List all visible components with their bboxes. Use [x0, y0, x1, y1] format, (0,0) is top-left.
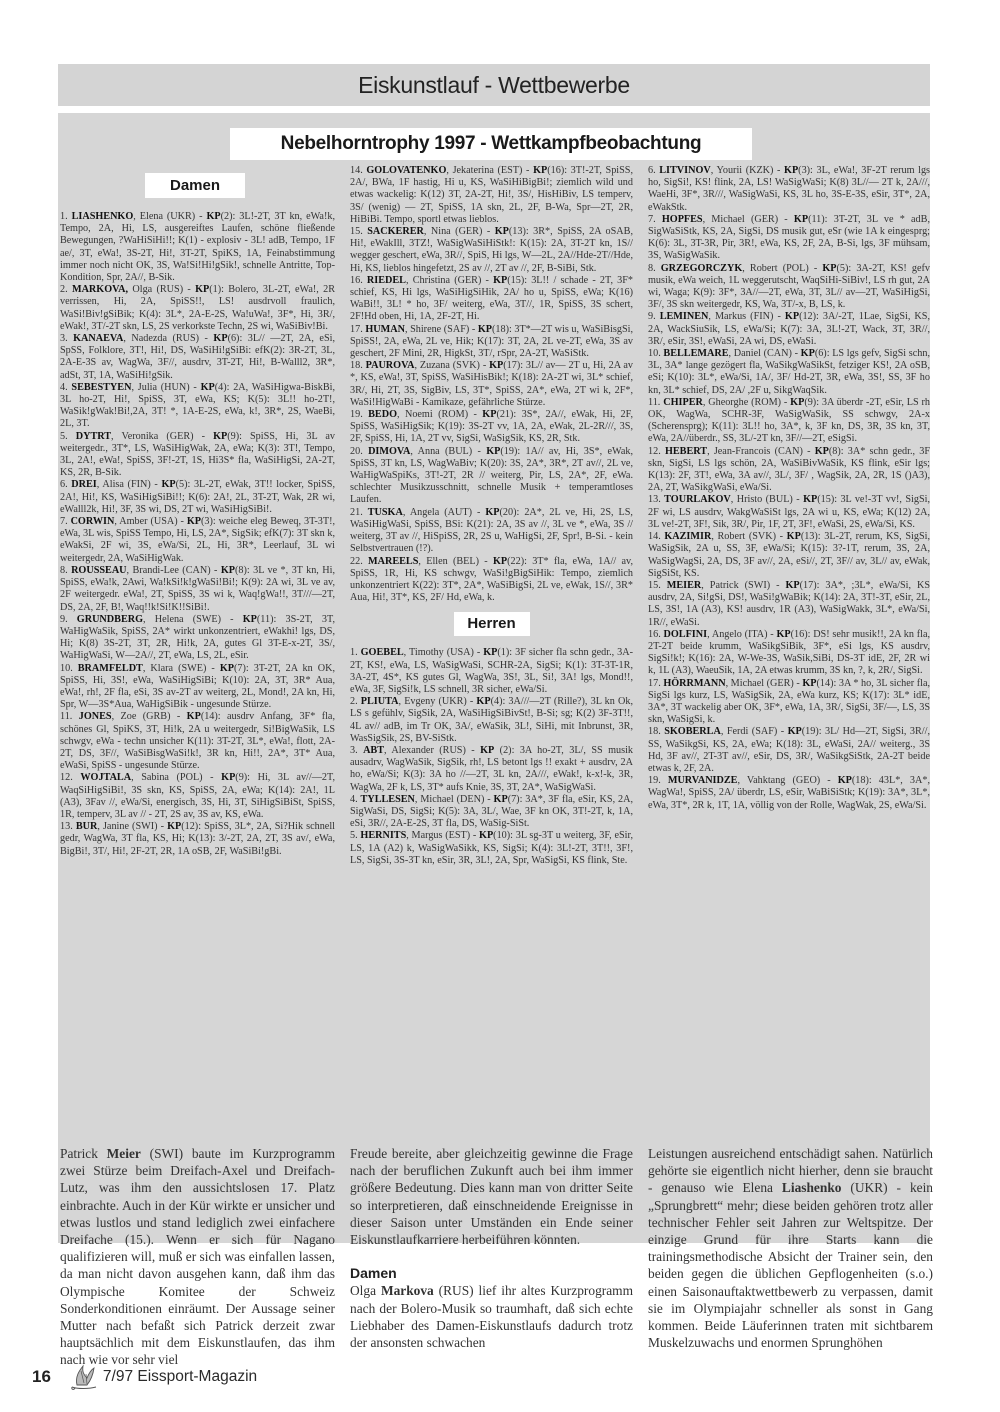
result-entry: 21. TUSKA, Angela (AUT) - KP(20): 2A*, 2…	[350, 507, 633, 556]
result-entry: 15. MEIER, Patrick (SWI) - KP(17): 3A*, …	[648, 580, 930, 629]
skater-details: , Amber (USA) -	[114, 516, 186, 527]
result-rank: 13.	[648, 494, 664, 505]
result-entry: 2. MARKOVA, Olga (RUS) - KP(1): Bolero, …	[60, 284, 335, 333]
short-program-label: KP	[785, 311, 799, 322]
damen-section-label: Damen	[145, 173, 245, 198]
result-rank: 12.	[648, 446, 665, 457]
magazine-issue: 7/97 Eissport-Magazin	[103, 1368, 257, 1386]
result-entry: 6. DREI, Alisa (FIN) - KP(5): 3L-2T, eWa…	[60, 479, 335, 516]
short-program-label: KP	[801, 348, 815, 359]
result-rank: 14.	[350, 165, 366, 176]
skater-surname: BUR	[76, 821, 98, 832]
skater-surname: HEBERT	[665, 446, 707, 457]
skater-surname: LEMINEN	[660, 311, 709, 322]
result-entry: 11. JONES, Zoe (GRB) - KP(14): ausdrv An…	[60, 711, 335, 772]
short-program-label: KP	[489, 360, 503, 371]
short-program-label: KP	[803, 494, 817, 505]
skater-surname: GRUNDBERG	[77, 614, 143, 625]
skater-surname: TYLLESEN	[361, 794, 415, 805]
short-program-label: KP	[476, 696, 490, 707]
results-column-3: 6. LITVINOV, Yourii (KZK) - KP(3): 3L, e…	[648, 165, 930, 812]
result-entry: 12. HEBERT, Jean-Francois (CAN) - KP(8):…	[648, 446, 930, 495]
result-rank: 5.	[60, 431, 76, 442]
skater-details: , Vahktang (GEO) -	[737, 775, 837, 786]
result-rank: 1.	[60, 211, 72, 222]
skater-details: , Julia (HUN) -	[131, 382, 200, 393]
result-entry: 1. LIASHENKO, Elena (UKR) - KP(2): 3L!-2…	[60, 211, 335, 284]
result-entry: 19. BEDO, Noemi (ROM) - KP(21): 3S*, 2A/…	[350, 409, 633, 446]
skater-details: , Elena (UKR) -	[133, 211, 206, 222]
short-program-label: KP	[533, 165, 547, 176]
skater-details: , Noemi (ROM) -	[397, 409, 482, 420]
result-entry: 9. LEMINEN, Markus (FIN) - KP(12): 3A/-2…	[648, 311, 930, 348]
skater-surname: KAZIMIR	[664, 531, 711, 542]
result-rank: 8.	[648, 263, 661, 274]
short-program-label: KP	[495, 226, 509, 237]
result-entry: 18. PAUROVA, Zuzana (SVK) - KP(17): 3L//…	[350, 360, 633, 409]
result-entry: 6. LITVINOV, Yourii (KZK) - KP(3): 3L, e…	[648, 165, 930, 214]
skater-details: , Ellen (BEL) -	[418, 556, 493, 567]
result-entry: 5. HERNITS, Margus (EST) - KP(10): 3L sg…	[350, 830, 633, 867]
skater-details: , Jekaterina (EST) -	[446, 165, 533, 176]
short-program-label: KP	[483, 647, 497, 658]
skater-surname: RIEDEL	[367, 275, 406, 286]
skater-surname: HÖRRMANN	[663, 678, 725, 689]
result-rank: 4.	[350, 794, 361, 805]
skater-surname: CORWIN	[71, 516, 115, 527]
result-entry: 9. GRUNDBERG, Helena (SWE) - KP(11): 3S-…	[60, 614, 335, 663]
skater-details: , Jean-Francois (CAN) -	[707, 446, 815, 457]
short-program-label: KP	[195, 284, 209, 295]
result-rank: 18.	[648, 726, 664, 737]
result-rank: 13.	[60, 821, 76, 832]
short-program-label: KP	[161, 479, 175, 490]
result-entry: 7. HOPFES, Michael (GER) - KP(11): 3T-2T…	[648, 214, 930, 263]
skater-details: , Shirene (SAF) -	[405, 324, 478, 335]
page-number: 16	[32, 1367, 51, 1387]
skater-details: , Daniel (CAN) -	[729, 348, 801, 359]
short-program-label: KP	[478, 324, 492, 335]
skater-surname: HERNITS	[360, 830, 406, 841]
result-entry: 20. DIMOVA, Anna (BUL) - KP(19): 1A// av…	[350, 446, 633, 507]
short-program-label: KP	[167, 821, 181, 832]
skater-surname: MURVANIDZE	[668, 775, 738, 786]
article-column-1: Patrick Meier (SWI) baute im Kurzprogram…	[60, 1145, 335, 1369]
skater-details: , Sabina (POL) -	[131, 772, 221, 783]
result-entry: 8. ROUSSEAU, Brandi-Lee (CAN) - KP(8): 3…	[60, 565, 335, 614]
short-program-label: KP	[494, 794, 508, 805]
result-rank: 2.	[60, 284, 72, 295]
skater-surname: ROUSSEAU	[71, 565, 126, 576]
skater-surname: PLIUTA	[361, 696, 399, 707]
skater-surname: PAUROVA	[366, 360, 415, 371]
skater-name: Liashenko	[782, 1180, 842, 1195]
skater-details: , Veronika (GER) -	[111, 431, 213, 442]
skater-logo-icon	[69, 1363, 99, 1391]
skater-details: , Helena (SWE) -	[143, 614, 243, 625]
skater-surname: JONES	[79, 711, 112, 722]
result-rank: 9.	[60, 614, 77, 625]
result-entry: 4. TYLLESEN, Michael (DEN) - KP(7): 3A*,…	[350, 794, 633, 831]
article-paragraph: Freude bereite, aber gleichzeitig gewinn…	[350, 1145, 633, 1248]
skater-details: , Michael (DEN) -	[415, 794, 494, 805]
result-entry: 4. SEBESTYEN, Julia (HUN) - KP(4): 2A, W…	[60, 382, 335, 431]
result-rank: 11.	[648, 397, 663, 408]
herren-label-wrap: Herren	[350, 612, 633, 636]
result-rank: 3.	[350, 745, 363, 756]
skater-surname: TUSKA	[368, 507, 403, 518]
short-program-label: KP	[187, 711, 201, 722]
short-program-label: KP	[784, 165, 798, 176]
result-rank: 17.	[350, 324, 365, 335]
skater-surname: BRAMFELDT	[78, 663, 143, 674]
skater-details: , Gheorghe (ROM) -	[703, 397, 790, 408]
result-rank: 7.	[60, 516, 71, 527]
skater-details: , Alisa (FIN) -	[97, 479, 162, 490]
result-rank: 15.	[350, 226, 367, 237]
article-paragraph: Patrick Meier (SWI) baute im Kurzprogram…	[60, 1145, 335, 1369]
result-entry: 13. BUR, Janine (SWI) - KP(12): SpiSS, 3…	[60, 821, 335, 858]
skater-surname: SACKERER	[367, 226, 424, 237]
short-program-label: KP	[838, 775, 852, 786]
short-program-label: KP	[206, 211, 220, 222]
result-rank: 11.	[60, 711, 79, 722]
skater-surname: MAREELS	[368, 556, 418, 567]
result-rank: 22.	[350, 556, 368, 567]
result-rank: 10.	[648, 348, 663, 359]
result-rank: 19.	[350, 409, 368, 420]
short-program-label: KP	[187, 516, 201, 527]
article-column-2: Freude bereite, aber gleichzeitig gewinn…	[350, 1145, 633, 1351]
result-rank: 21.	[350, 507, 368, 518]
skater-details: , Angela (AUT) -	[403, 507, 486, 518]
short-program-label: KP	[479, 830, 493, 841]
section-title: Eiskunstlauf - Wettbewerbe	[358, 72, 630, 99]
skater-details: , Patrick (SWI) -	[701, 580, 785, 591]
skater-details: , Markus (FIN) -	[708, 311, 785, 322]
skater-details: , Robert (SVK) -	[711, 531, 786, 542]
article-paragraph: Leistungen ausreichend entschädigt sahen…	[648, 1145, 933, 1351]
result-rank: 12.	[60, 772, 80, 783]
skater-surname: KANAEVA	[73, 333, 123, 344]
result-rank: 10.	[60, 663, 78, 674]
result-rank: 6.	[60, 479, 71, 490]
skater-details: , Angelo (ITA) -	[707, 629, 776, 640]
short-program-label: KP	[480, 745, 494, 756]
result-rank: 3.	[60, 333, 73, 344]
page-footer: 16 7/97 Eissport-Magazin	[32, 1363, 257, 1391]
results-column-1: 1. LIASHENKO, Elena (UKR) - KP(2): 3L!-2…	[60, 211, 335, 858]
skater-surname: BEDO	[368, 409, 397, 420]
result-rank: 16.	[350, 275, 367, 286]
article-column-3: Leistungen ausreichend entschädigt sahen…	[648, 1145, 933, 1351]
result-entry: 17. HÖRRMANN, Michael (GER) - KP(14): 3A…	[648, 678, 930, 727]
article-paragraph: Olga Markova (RUS) lief ihr altes Kurzpr…	[350, 1282, 633, 1351]
skater-surname: DYTRT	[76, 431, 111, 442]
skater-surname: TOURLAKOV	[664, 494, 731, 505]
short-program-label: KP	[213, 333, 227, 344]
result-entry: 3. KANAEVA, Nadezda (RUS) - KP(6): 3L// …	[60, 333, 335, 382]
short-program-label: KP	[485, 507, 499, 518]
result-entry: 10. BRAMFELDT, Klara (SWE) - KP(7): 3T-2…	[60, 663, 335, 712]
skater-details: , Ferdi (SAF) -	[721, 726, 788, 737]
skater-name: Meier	[107, 1146, 141, 1161]
skater-surname: CHIPER	[663, 397, 703, 408]
article-title: Nebelhorntrophy 1997 - Wettkampfbeobacht…	[281, 133, 702, 155]
skater-details: , Janine (SWI) -	[97, 821, 167, 832]
skater-surname: HUMAN	[365, 324, 405, 335]
short-program-label: KP	[815, 446, 829, 457]
result-rank: 9.	[648, 311, 660, 322]
result-entry: 2. PLIUTA, Evgeny (UKR) - KP(4): 3A///—2…	[350, 696, 633, 745]
result-entry: 14. KAZIMIR, Robert (SVK) - KP(13): 3L-2…	[648, 531, 930, 580]
result-rank: 15.	[648, 580, 667, 591]
skater-details: , Zoe (GRB) -	[112, 711, 187, 722]
skater-surname: GOEBEL	[361, 647, 404, 658]
result-entry: 8. GRZEGORCZYK, Robert (POL) - KP(5): 3A…	[648, 263, 930, 312]
result-entry: 15. SACKERER, Nina (GER) - KP(13): 3R*, …	[350, 226, 633, 275]
short-program-label: KP	[776, 629, 790, 640]
short-program-label: KP	[787, 531, 801, 542]
skater-details: , Evgeny (UKR) -	[399, 696, 477, 707]
short-program-label: KP	[790, 397, 804, 408]
result-entry: 7. CORWIN, Amber (USA) - KP(3): weiche e…	[60, 516, 335, 565]
skater-details: , Michael (GER) -	[703, 214, 794, 225]
short-program-label: KP	[794, 214, 808, 225]
result-rank: 4.	[60, 382, 71, 393]
skater-details: , Nina (GER) -	[424, 226, 495, 237]
article-title-box: Nebelhorntrophy 1997 - Wettkampfbeobacht…	[230, 128, 752, 160]
result-entry: 16. RIEDEL, Christina (GER) - KP(15): 3L…	[350, 275, 633, 324]
skater-details: , Anna (BUL) -	[410, 446, 486, 457]
result-rank: 2.	[350, 696, 361, 707]
result-rank: 20.	[350, 446, 368, 457]
result-entry: 3. ABT, Alexander (RUS) - KP (2): 3A ho-…	[350, 745, 633, 794]
skater-surname: SEBESTYEN	[71, 382, 131, 393]
short-program-label: KP	[802, 678, 816, 689]
skater-surname: WOJTALA	[80, 772, 131, 783]
result-entry: 18. SKOBERLA, Ferdi (SAF) - KP(19): 3L/ …	[648, 726, 930, 775]
short-program-label: KP	[482, 409, 496, 420]
short-program-label: KP	[243, 614, 257, 625]
result-rank: 1.	[350, 647, 361, 658]
results-column-2: 14. GOLOVATENKO, Jekaterina (EST) - KP(1…	[350, 165, 633, 867]
result-rank: 19.	[648, 775, 668, 786]
result-rank: 18.	[350, 360, 366, 371]
result-rank: 14.	[648, 531, 664, 542]
skater-details: , Alexander (RUS) -	[384, 745, 480, 756]
result-entry: 16. DOLFINI, Angelo (ITA) - KP(16): DS! …	[648, 629, 930, 678]
result-entry: 12. WOJTALA, Sabina (POL) - KP(9): Hi, 3…	[60, 772, 335, 821]
article-subheading: Damen	[350, 1265, 633, 1282]
skater-surname: LIASHENKO	[72, 211, 134, 222]
skater-surname: HOPFES	[662, 214, 703, 225]
skater-surname: GOLOVATENKO	[366, 165, 446, 176]
skater-details: , Hristo (BUL) -	[731, 494, 803, 505]
skater-details: , Klara (SWE) -	[143, 663, 220, 674]
result-entry: 1. GOEBEL, Timothy (USA) - KP(1): 3F sic…	[350, 647, 633, 696]
skater-details: , Michael (GER) -	[726, 678, 803, 689]
skater-details: , Christina (GER) -	[406, 275, 493, 286]
result-entry: 19. MURVANIDZE, Vahktang (GEO) - KP(18):…	[648, 775, 930, 812]
skater-surname: DREI	[71, 479, 96, 490]
skater-details: , Robert (POL) -	[742, 263, 822, 274]
short-program-label: KP	[486, 446, 500, 457]
skater-details: Olga (RUS) -	[128, 284, 195, 295]
short-program-label: KP	[785, 580, 799, 591]
section-header: Eiskunstlauf - Wettbewerbe	[58, 64, 930, 106]
result-rank: 16.	[648, 629, 664, 640]
short-program-label: KP	[213, 431, 227, 442]
short-program-label: KP	[493, 275, 507, 286]
skater-details: , Yourii (KZK) -	[711, 165, 784, 176]
skater-surname: DOLFINI	[664, 629, 708, 640]
short-program-label: KP	[221, 772, 235, 783]
result-rank: 8.	[60, 565, 71, 576]
result-entry: 22. MAREELS, Ellen (BEL) - KP(22): 3T* f…	[350, 556, 633, 605]
herren-section-label: Herren	[454, 612, 530, 636]
skater-surname: DIMOVA	[368, 446, 410, 457]
result-rank: 5.	[350, 830, 360, 841]
skater-surname: ABT	[363, 745, 384, 756]
short-program-label: KP	[220, 663, 234, 674]
result-entry: 14. GOLOVATENKO, Jekaterina (EST) - KP(1…	[350, 165, 633, 226]
result-entry: 17. HUMAN, Shirene (SAF) - KP(18): 3T*—2…	[350, 324, 633, 361]
skater-name: Markova	[381, 1283, 434, 1298]
result-entry: 10. BELLEMARE, Daniel (CAN) - KP(6): LS …	[648, 348, 930, 397]
short-program-label: KP	[822, 263, 836, 274]
skater-details: , Zuzana (SVK) -	[415, 360, 490, 371]
result-entry: 13. TOURLAKOV, Hristo (BUL) - KP(15): 3L…	[648, 494, 930, 531]
skater-surname: LITVINOV	[659, 165, 711, 176]
skater-surname: GRZEGORCZYK	[661, 263, 743, 274]
result-rank: 6.	[648, 165, 659, 176]
skater-surname: BELLEMARE	[663, 348, 728, 359]
skater-details: , Brandi-Lee (CAN) -	[127, 565, 221, 576]
result-entry: 5. DYTRT, Veronika (GER) - KP(9): SpiSS,…	[60, 431, 335, 480]
skater-details: , Timothy (USA) -	[404, 647, 484, 658]
skater-details: , Nadezda (RUS) -	[123, 333, 213, 344]
skater-surname: SKOBERLA	[664, 726, 721, 737]
short-program-label: KP	[201, 382, 215, 393]
result-rank: 17.	[648, 678, 663, 689]
skater-surname: MEIER	[667, 580, 702, 591]
short-program-label: KP	[493, 556, 507, 567]
skater-details: , Margus (EST) -	[406, 830, 479, 841]
short-program-label: KP	[221, 565, 235, 576]
result-entry: 11. CHIPER, Gheorghe (ROM) - KP(9): 3A ü…	[648, 397, 930, 446]
short-program-label: KP	[788, 726, 802, 737]
result-rank: 7.	[648, 214, 662, 225]
skater-surname: MARKOVA,	[72, 284, 128, 295]
